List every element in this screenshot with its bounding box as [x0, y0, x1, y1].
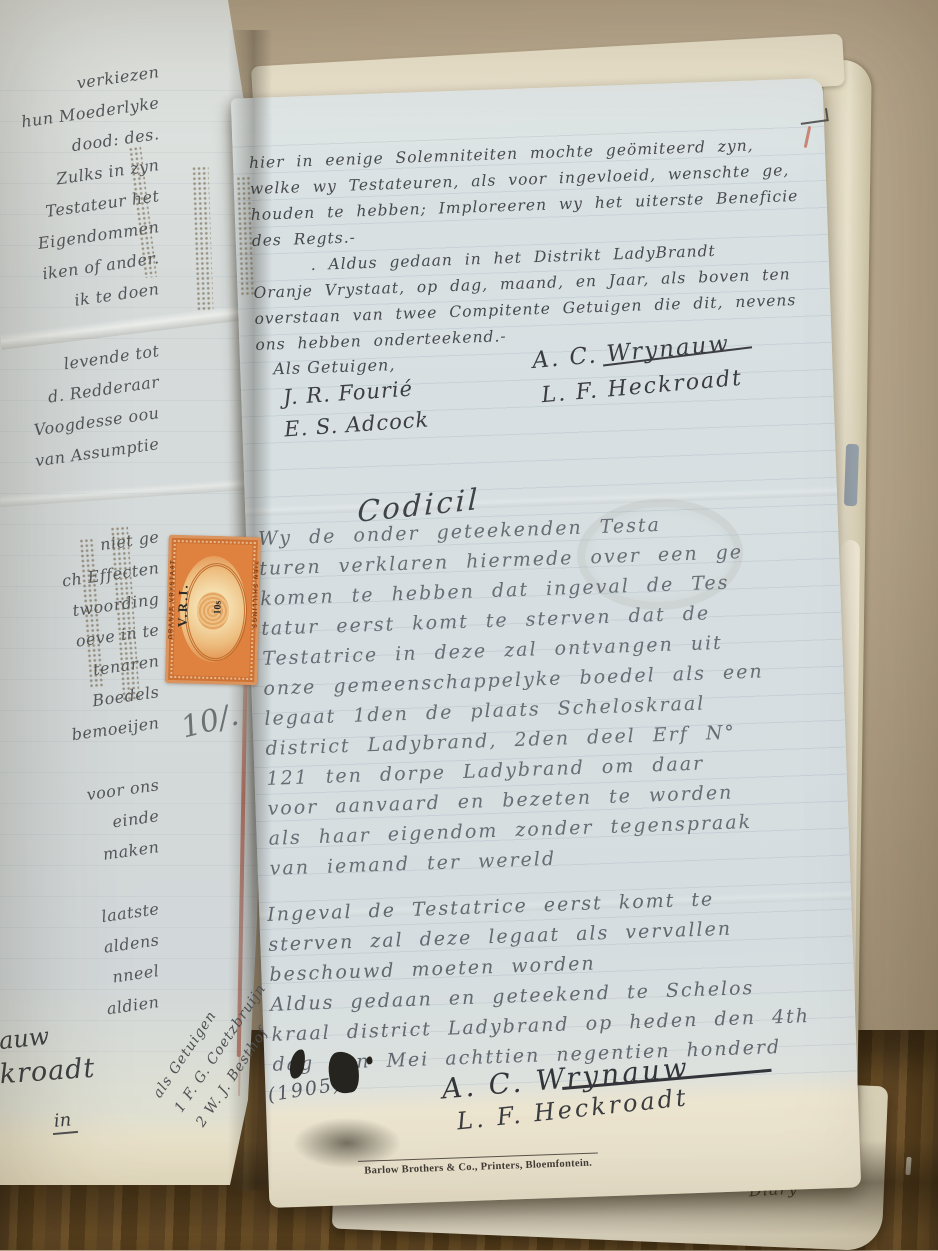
stamp-vri-overprint: V.R.I.	[175, 583, 192, 627]
witness-signatures-left: J. R. FouriéE. S. Adcock	[283, 378, 430, 447]
ink-blot	[366, 1056, 372, 1064]
signature-fragment: in	[51, 1109, 78, 1135]
codicil-body: Wy de onder geteekenden Testaturen verkl…	[258, 508, 848, 888]
main-page: hier in eenige Solemniteiten mochte geöm…	[231, 78, 861, 1208]
page-edge-sliver	[844, 444, 859, 506]
stamp-value: 10s	[212, 601, 223, 615]
stamp-denomination-text: TIEN SHILLINGS	[251, 561, 259, 629]
gutter-shadow	[272, 1108, 422, 1178]
signature-fragment: Heckroadt	[0, 1053, 96, 1095]
paragraph-solemniteiten: hier in eenige Solemniteiten mochte geöm…	[249, 134, 822, 362]
photo-scene: Diary verkiezenhun Moederlykedood: des.Z…	[0, 0, 938, 1250]
revenue-stamp: ORANJE VRYSTAAT TIEN SHILLINGS V.R.I. 10…	[165, 535, 261, 685]
